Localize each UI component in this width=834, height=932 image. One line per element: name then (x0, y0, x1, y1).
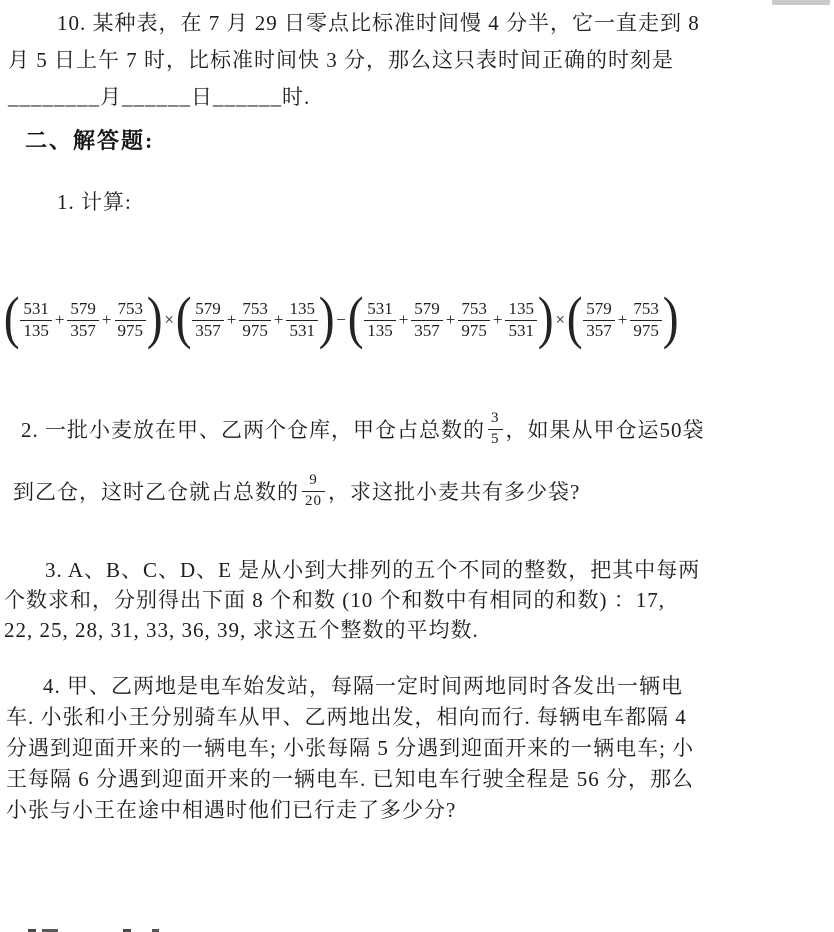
text-run: 到乙仓，这时乙仓就占总数的 (13, 476, 299, 506)
operator: + (227, 310, 237, 330)
parenthesis: ) (538, 292, 554, 344)
problem-2-line-1: 2. 一批小麦放在甲、乙两个仓库，甲仓占总数的35，如果从甲仓运50袋 (21, 402, 705, 456)
fraction: 920 (302, 471, 325, 511)
fraction: 579357 (411, 299, 443, 340)
operator: + (102, 310, 112, 330)
parenthesis: ( (348, 292, 364, 344)
fraction: 753975 (115, 299, 147, 340)
fraction: 753975 (239, 299, 271, 340)
text-run: ，求这批小麦共有多少袋? (328, 476, 580, 506)
problem-4-line-4: 王每隔 6 分遇到迎面开来的一辆电车. 已知电车行驶全程是 56 分，那么 (6, 764, 832, 795)
parenthesis: ) (319, 292, 335, 344)
problem-10: 10. 某种表，在 7 月 29 日零点比标准时间慢 4 分半，它一直走到 8 … (8, 5, 834, 116)
fraction: 753975 (630, 299, 662, 340)
calculation-expression: (531135+579357+753975)×(579357+753975+13… (4, 284, 832, 356)
operator: + (274, 310, 284, 330)
fraction: 579357 (192, 299, 224, 340)
problem-4: 4. 甲、乙两地是电车始发站，每隔一定时间两地同时各发出一辆电 车. 小张和小王… (6, 671, 832, 826)
calc-problem-label: 1. 计算: (57, 186, 132, 216)
fraction: 35 (488, 409, 503, 449)
operator: × (555, 310, 565, 330)
fraction: 135531 (505, 299, 537, 340)
problem-4-line-5: 小张与小王在途中相遇时他们已行走了多少分? (6, 795, 832, 826)
fraction: 579357 (583, 299, 615, 340)
fraction: 135531 (286, 299, 318, 340)
problem-3-line-2: 个数求和，分别得出下面 8 个和数 (10 个和数中有相同的和数) ：17, (4, 585, 832, 615)
operator: + (55, 310, 65, 330)
fraction: 753975 (458, 299, 490, 340)
problem-10-blanks-line: ________月______日______时. (8, 79, 834, 116)
fraction: 531135 (20, 299, 52, 340)
problem-4-line-2: 车. 小张和小王分别骑车从甲、乙两地出发，相向而行. 每辆电车都隔 4 (6, 702, 832, 733)
parenthesis: ) (147, 292, 163, 344)
section-2-heading: 二、解答题: (25, 124, 154, 155)
text-run: 2. 一批小麦放在甲、乙两个仓库，甲仓占总数的 (21, 414, 485, 444)
problem-2-line-2: 到乙仓，这时乙仓就占总数的920，求这批小麦共有多少袋? (13, 464, 580, 518)
problem-3: 3. A、B、C、D、E 是从小到大排列的五个不同的整数，把其中每两 个数求和，… (4, 555, 832, 645)
problem-3-line-1: 3. A、B、C、D、E 是从小到大排列的五个不同的整数，把其中每两 (4, 555, 832, 585)
document-page: { "page": { "background": "#ffffff", "te… (0, 0, 834, 932)
parenthesis: ( (567, 292, 583, 344)
fraction: 531135 (364, 299, 396, 340)
operator: + (446, 310, 456, 330)
problem-4-line-1: 4. 甲、乙两地是电车始发站，每隔一定时间两地同时各发出一辆电 (6, 671, 832, 702)
parenthesis: ) (663, 292, 679, 344)
operator: × (164, 310, 174, 330)
problem-3-line-3: 22, 25, 28, 31, 33, 36, 39, 求这五个整数的平均数. (4, 615, 832, 645)
operator: + (399, 310, 409, 330)
problem-4-line-3: 分遇到迎面开来的一辆电车; 小张每隔 5 分遇到迎面开来的一辆电车; 小 (6, 733, 832, 764)
text-run: ，如果从甲仓运50袋 (506, 414, 705, 444)
operator: + (493, 310, 503, 330)
fraction: 579357 (67, 299, 99, 340)
operator: + (618, 310, 628, 330)
operator: − (336, 310, 346, 330)
problem-10-line-2: 月 5 日上午 7 时，比标准时间快 3 分，那么这只表时间正确的时刻是 (8, 42, 834, 79)
parenthesis: ( (4, 292, 20, 344)
parenthesis: ( (176, 292, 192, 344)
problem-10-line-1: 10. 某种表，在 7 月 29 日零点比标准时间慢 4 分半，它一直走到 8 (8, 5, 834, 42)
